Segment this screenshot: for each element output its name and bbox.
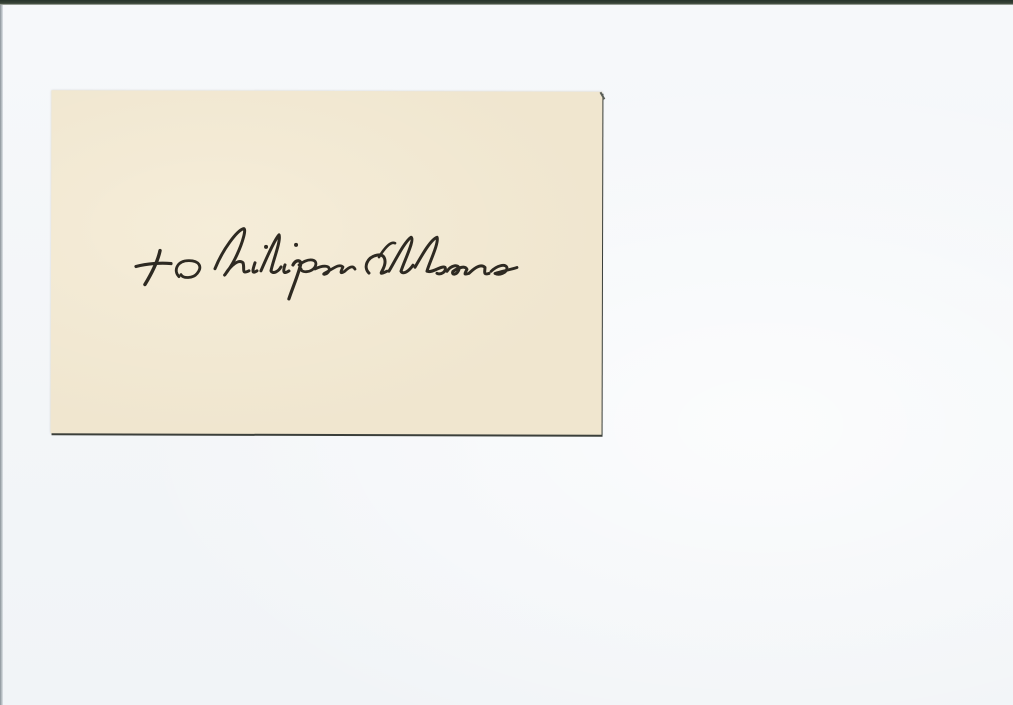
signature-ink [133,220,573,311]
handwritten-signature: + Philip St Albans [133,220,573,311]
signed-card: + Philip St Albans [51,90,603,434]
